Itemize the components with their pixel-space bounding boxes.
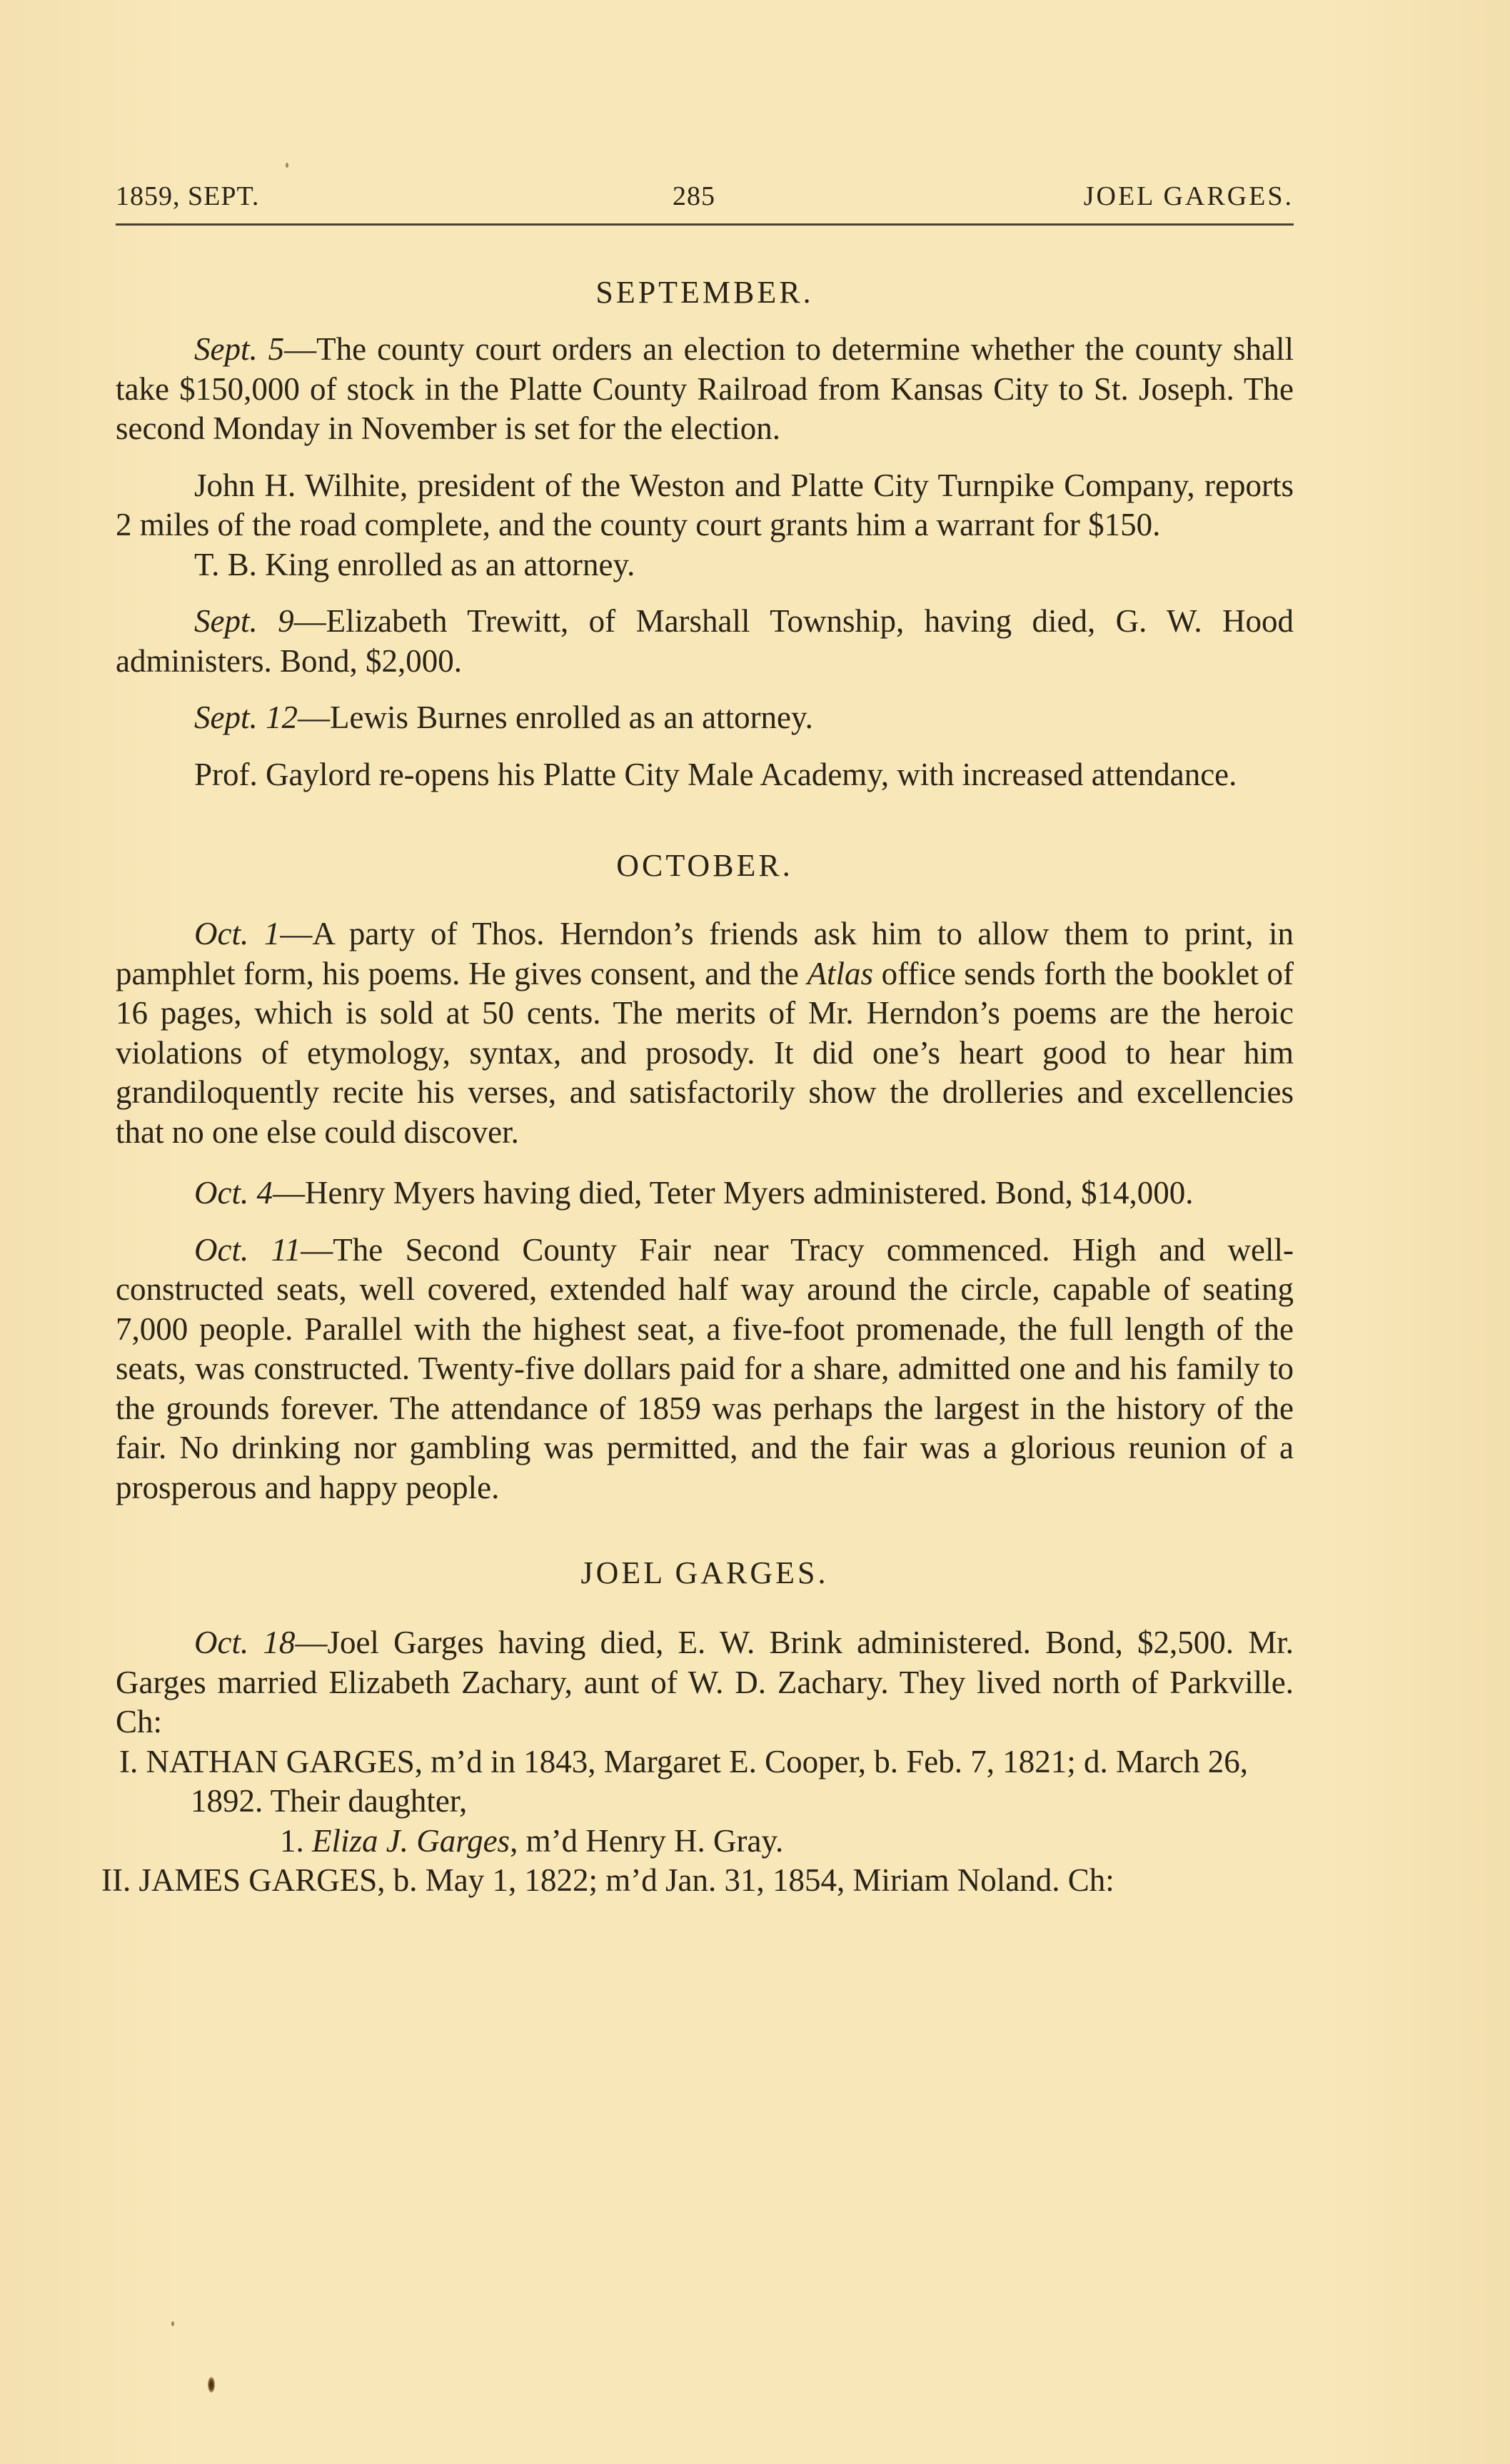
entry-oct-4: Oct. 4—Henry Myers having died, Teter My… (116, 1173, 1294, 1213)
entry-gaylord: Prof. Gaylord re-opens his Platte City M… (116, 755, 1294, 795)
child-name: JAMES GARGES (139, 1862, 377, 1898)
entry-oct-1: Oct. 1—A party of Thos. Herndon’s friend… (116, 914, 1294, 1152)
paper-speck (171, 2321, 174, 2326)
child-name: NATHAN GARGES (146, 1744, 415, 1779)
entry-date: Oct. 11 (194, 1232, 301, 1268)
entry-text: —Henry Myers having died, Teter Myers ad… (273, 1175, 1194, 1211)
paper-speck (286, 163, 288, 168)
entry-text: —The Second County Fair near Tracy comme… (116, 1232, 1294, 1505)
entry-date: Oct. 1 (194, 916, 280, 951)
roman-numeral: II. (101, 1862, 131, 1898)
child-text: , b. May 1, 1822; m’d Jan. 31, 1854, Mir… (377, 1862, 1114, 1898)
grandchild-number: 1. (280, 1823, 304, 1859)
entry-sept-5: Sept. 5—The county court orders an elect… (116, 330, 1294, 449)
entry-wilhite: John H. Wilhite, president of the Weston… (116, 466, 1294, 545)
entry-text: Prof. Gaylord re-opens his Platte City M… (194, 757, 1237, 792)
entry-date: Sept. 12 (194, 700, 298, 735)
running-head: 1859, SEPT. 285 JOEL GARGES. (116, 181, 1294, 216)
page-body: SEPTEMBER. Sept. 5—The county court orde… (116, 271, 1294, 1901)
genealogy-child-nathan: I. NATHAN GARGES, m’d in 1843, Margaret … (116, 1742, 1294, 1822)
grandchild-name: Eliza J. Garges (312, 1823, 510, 1859)
newspaper-title: Atlas (807, 956, 873, 991)
entry-oct-11: Oct. 11—The Second County Fair near Trac… (116, 1231, 1294, 1508)
entry-date: Oct. 4 (194, 1175, 273, 1211)
entry-sept-12: Sept. 12—Lewis Burnes enrolled as an att… (116, 698, 1294, 738)
entry-date: Oct. 18 (194, 1625, 295, 1660)
ink-blot-mark (208, 2377, 215, 2393)
entry-oct-18: Oct. 18—Joel Garges having died, E. W. B… (116, 1623, 1294, 1742)
genealogy-grandchild-eliza: 1. Eliza J. Garges, m’d Henry H. Gray. (116, 1822, 1294, 1862)
entry-king: T. B. King enrolled as an attorney. (116, 545, 1294, 585)
entry-text: —Lewis Burnes enrolled as an attorney. (298, 700, 813, 735)
entry-date: Sept. 5 (194, 331, 284, 367)
header-rule (116, 223, 1294, 226)
genealogy-child-james: II. JAMES GARGES, b. May 1, 1822; m’d Ja… (116, 1861, 1294, 1901)
genealogy-list: I. NATHAN GARGES, m’d in 1843, Margaret … (116, 1742, 1294, 1901)
section-heading-october: OCTOBER. (116, 844, 1294, 887)
section-heading-september: SEPTEMBER. (116, 271, 1294, 314)
entry-sept-9: Sept. 9—Elizabeth Trewitt, of Marshall T… (116, 602, 1294, 681)
entry-text: John H. Wilhite, president of the Weston… (116, 468, 1294, 543)
running-head-title: JOEL GARGES. (1084, 181, 1294, 212)
entry-date: Sept. 9 (194, 603, 294, 639)
roman-numeral: I. (119, 1744, 138, 1779)
grandchild-text: , m’d Henry H. Gray. (510, 1823, 783, 1859)
section-heading-joel-garges: JOEL GARGES. (116, 1552, 1294, 1595)
entry-text: —The county court orders an election to … (116, 331, 1294, 446)
entry-text: T. B. King enrolled as an attorney. (194, 547, 635, 582)
